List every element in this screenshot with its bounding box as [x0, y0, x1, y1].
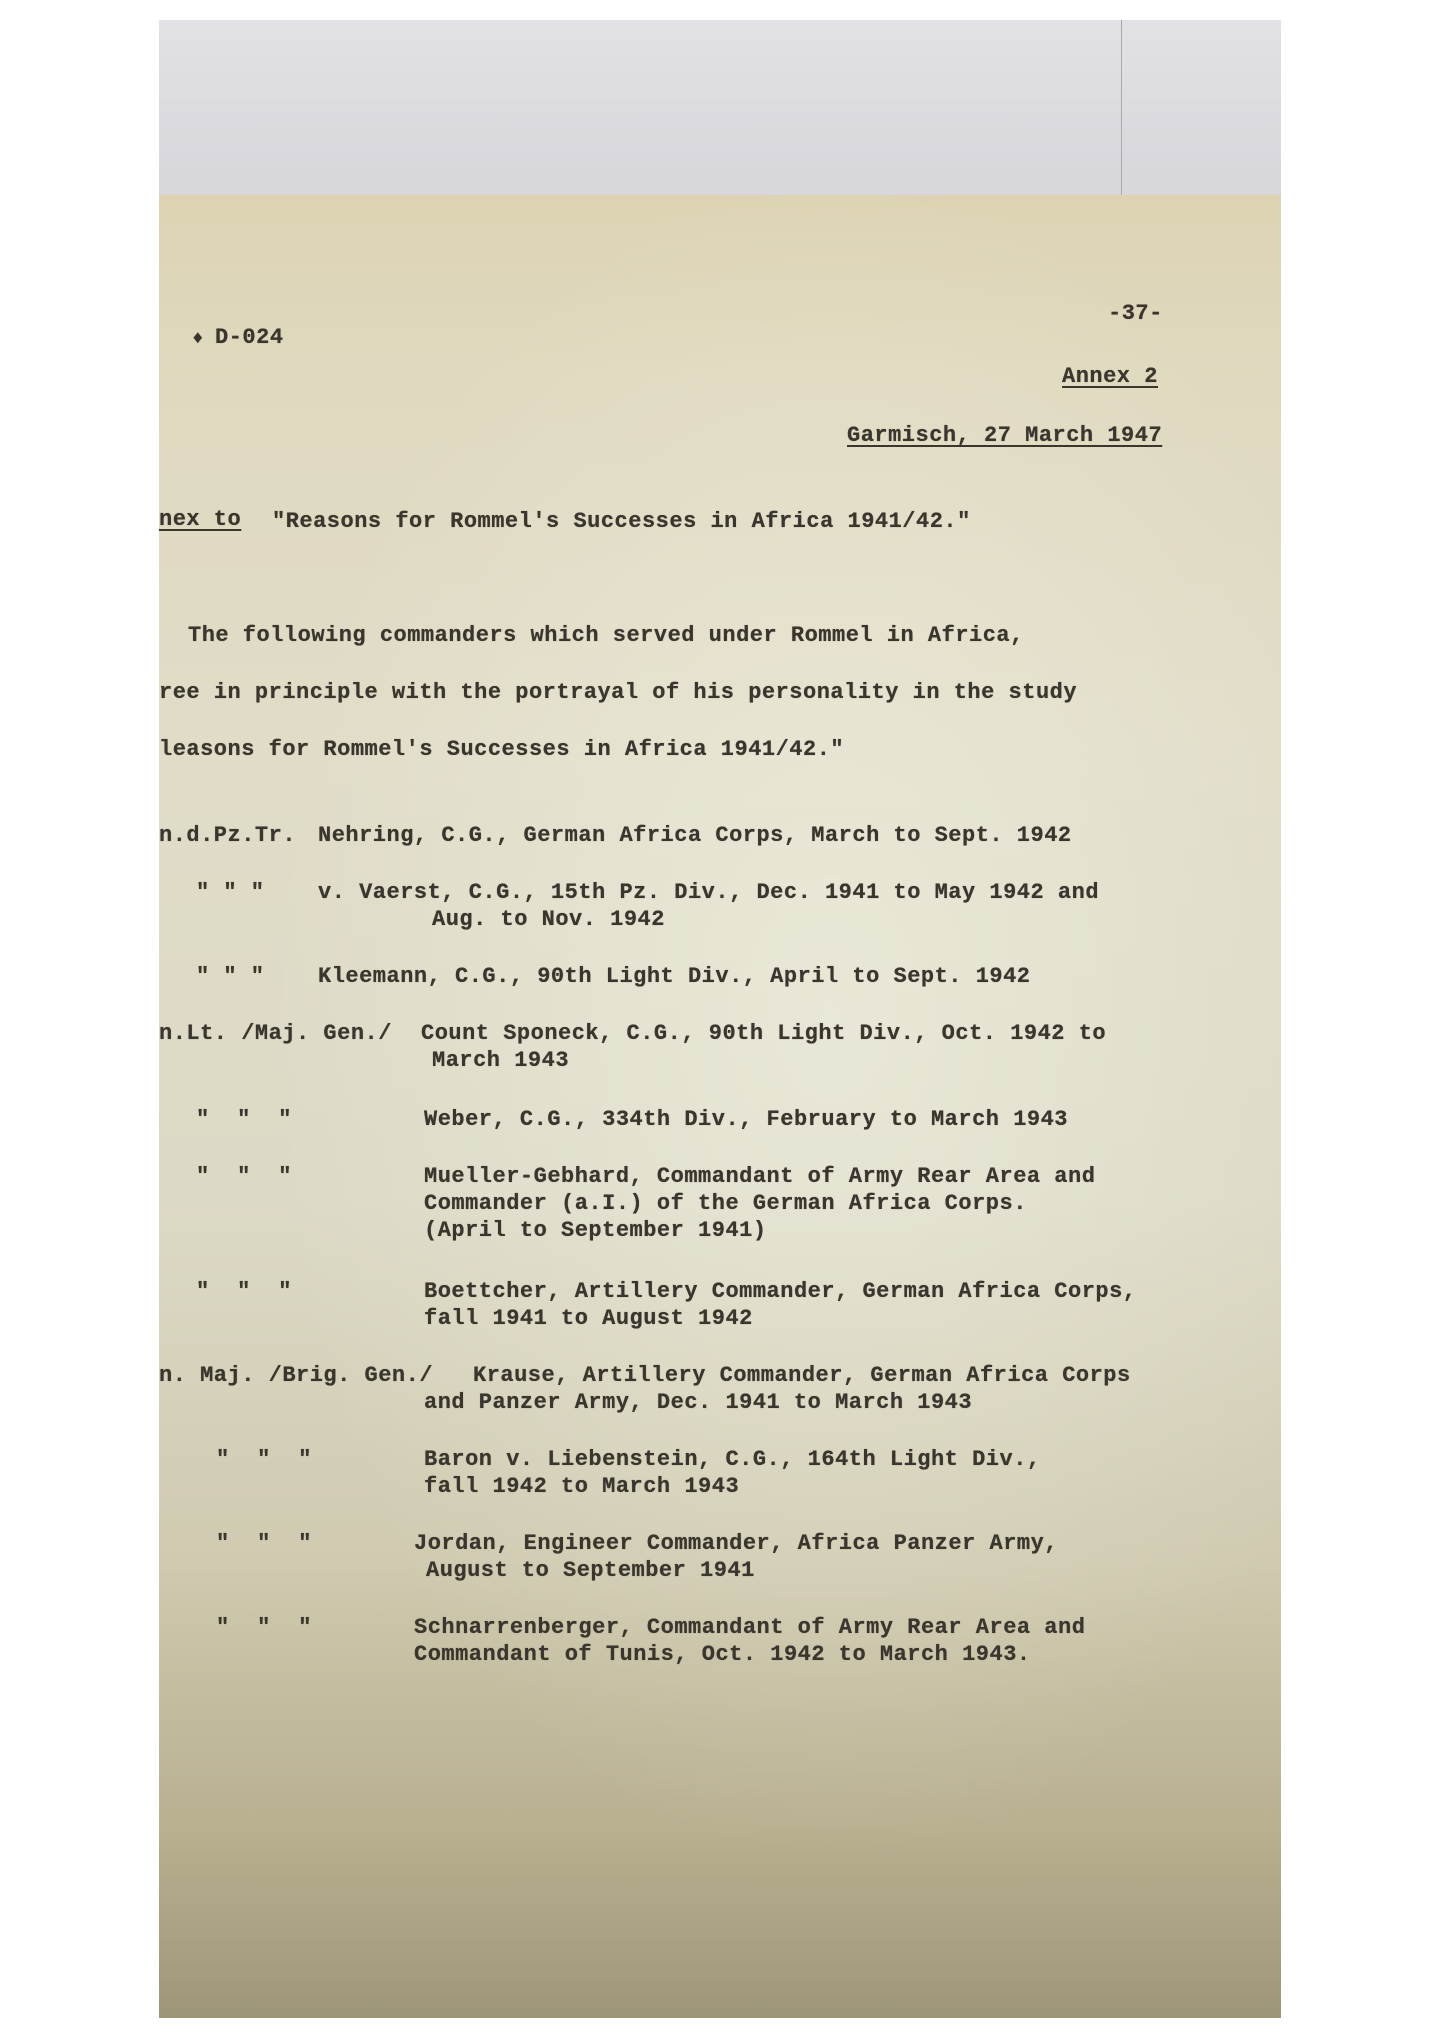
commander-text: Mueller-Gebhard, Commandant of Army Rear… — [424, 1163, 1095, 1190]
rank-label: n.d.Pz.Tr. — [159, 822, 296, 849]
intro-line-1: The following commanders which served un… — [188, 622, 1024, 649]
commander-text-cont: Aug. to Nov. 1942 — [432, 906, 665, 933]
rank-label: " " " — [196, 1106, 292, 1133]
place-date: Garmisch, 27 March 1947 — [847, 422, 1162, 449]
commander-text-cont: fall 1942 to March 1943 — [424, 1473, 739, 1500]
commander-text-cont: (April to September 1941) — [424, 1217, 767, 1244]
commander-text: Baron v. Liebenstein, C.G., 164th Light … — [424, 1446, 1041, 1473]
rank-label: " " " — [196, 1278, 292, 1305]
rank-label: " " " — [196, 1163, 292, 1190]
commander-text: Count Sponeck, C.G., 90th Light Div., Oc… — [421, 1020, 1106, 1047]
rank-label: n.Lt. /Maj. Gen./ — [159, 1020, 392, 1047]
commander-text: Jordan, Engineer Commander, Africa Panze… — [414, 1530, 1058, 1557]
background-wall — [159, 20, 1281, 220]
rank-label: " " " — [216, 1614, 312, 1641]
commander-text: Boettcher, Artillery Commander, German A… — [424, 1278, 1137, 1305]
commander-text: v. Vaerst, C.G., 15th Pz. Div., Dec. 194… — [318, 879, 1099, 906]
doc-id-text: D-024 — [215, 325, 284, 350]
commander-text-cont: fall 1941 to August 1942 — [424, 1305, 753, 1332]
commander-text-cont: Commander (a.I.) of the German Africa Co… — [424, 1190, 1027, 1217]
commander-text: Schnarrenberger, Commandant of Army Rear… — [414, 1614, 1085, 1641]
commander-text-cont: August to September 1941 — [426, 1557, 755, 1584]
intro-line-2: ree in principle with the portrayal of h… — [159, 679, 1077, 706]
commander-text: Nehring, C.G., German Africa Corps, Marc… — [318, 822, 1072, 849]
subject-title: "Reasons for Rommel's Successes in Afric… — [272, 508, 971, 535]
commander-text-cont: Commandant of Tunis, Oct. 1942 to March … — [414, 1641, 1031, 1668]
rank-label: " " " — [196, 963, 265, 990]
mark-icon: ♦ — [192, 329, 215, 349]
intro-line-3: leasons for Rommel's Successes in Africa… — [159, 736, 844, 763]
page-number: -37- — [1108, 300, 1163, 327]
rank-label: " " " — [216, 1530, 312, 1557]
rank-label: n. Maj. /Brig. Gen./ — [159, 1362, 433, 1389]
wall-edge-line — [1121, 20, 1122, 200]
commander-text: Kleemann, C.G., 90th Light Div., April t… — [318, 963, 1031, 990]
doc-id: ♦ D-024 — [165, 297, 284, 353]
commander-text-cont: and Panzer Army, Dec. 1941 to March 1943 — [424, 1389, 972, 1416]
commander-text: Krause, Artillery Commander, German Afri… — [473, 1362, 1131, 1389]
rank-label: " " " — [196, 879, 265, 906]
rank-label: " " " — [216, 1446, 312, 1473]
annex-label: Annex 2 — [1062, 363, 1158, 390]
commander-text: Weber, C.G., 334th Div., February to Mar… — [424, 1106, 1068, 1133]
commander-text-cont: March 1943 — [432, 1047, 569, 1074]
subject-label: nex to — [159, 506, 241, 533]
